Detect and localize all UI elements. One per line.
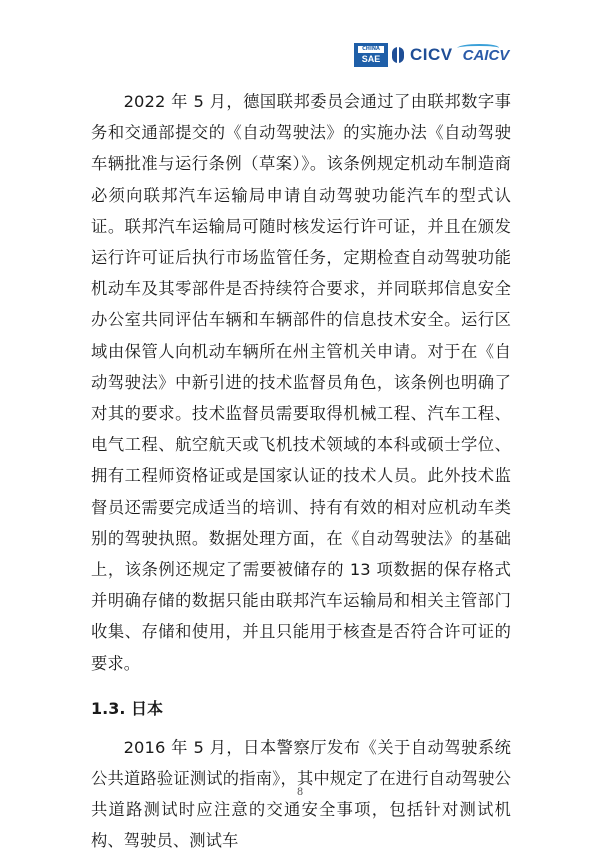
sae-china-label: CHINA: [358, 46, 384, 53]
sae-label: SAE: [362, 54, 381, 64]
page-number: 8: [0, 787, 600, 798]
section-heading-japan: 1.3. 日本: [91, 696, 511, 722]
paragraph-germany: 2022 年 5 月，德国联邦委员会通过了由联邦数字事务和交通部提交的《自动驾驶…: [91, 86, 511, 679]
document-body: 2022 年 5 月，德国联邦委员会通过了由联邦数字事务和交通部提交的《自动驾驶…: [91, 86, 511, 849]
header-logos: CHINA SAE CICV CAICV: [354, 42, 509, 68]
cicv-emblem-icon: [392, 46, 406, 64]
china-sae-logo: CHINA SAE: [354, 43, 388, 67]
cicv-logo: CICV: [410, 45, 453, 65]
caicv-logo: CAICV: [457, 47, 510, 64]
